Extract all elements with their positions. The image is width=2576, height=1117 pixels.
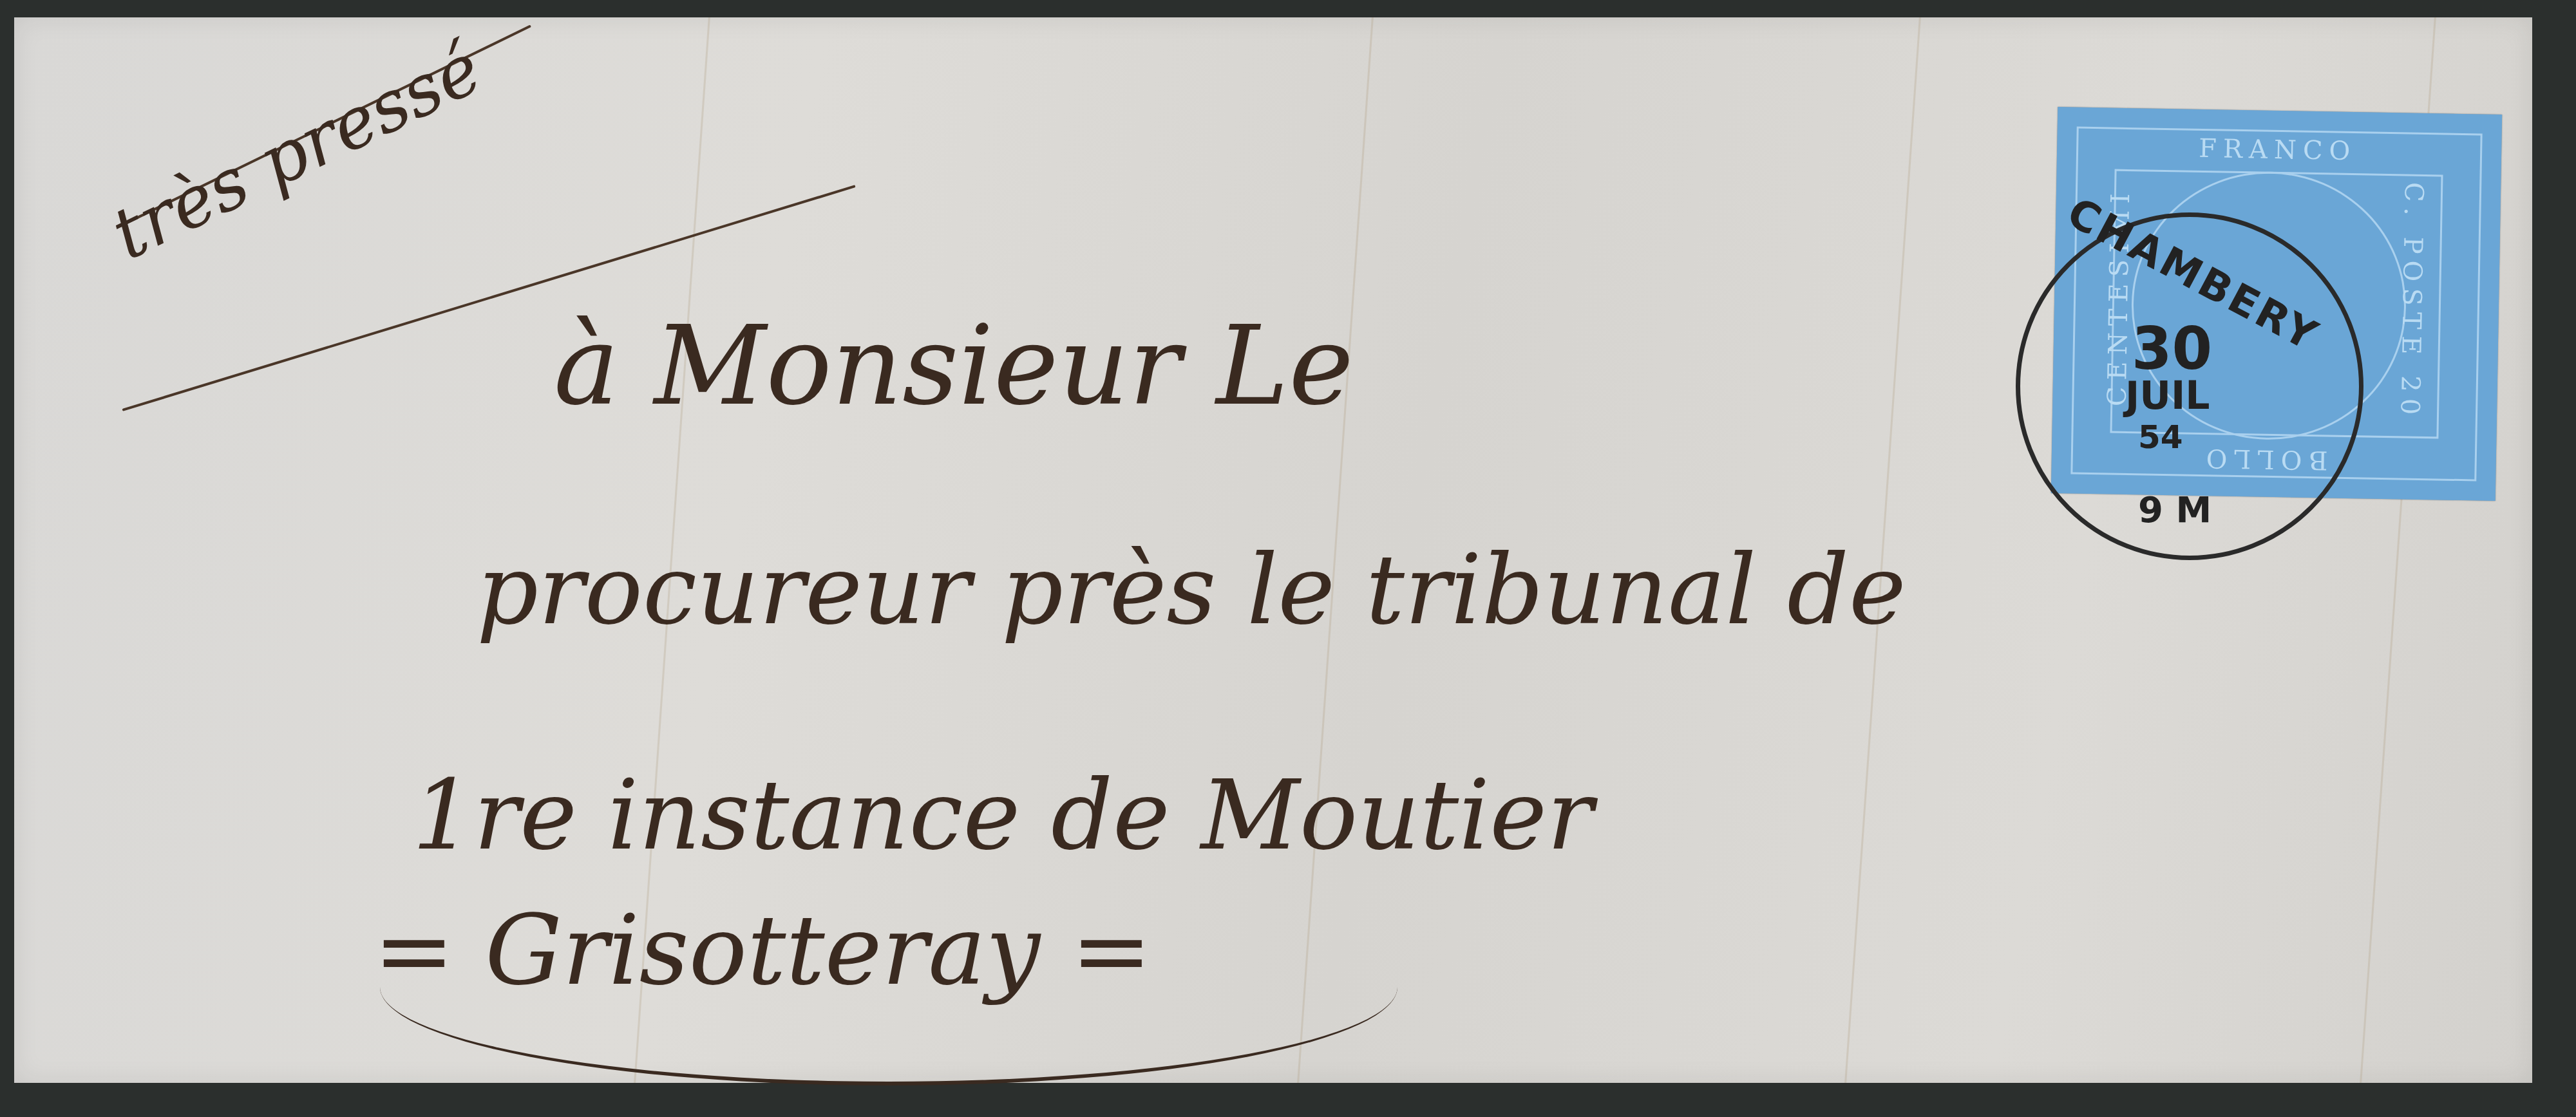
stamp-right-text: C. POSTE 20 xyxy=(2394,182,2428,422)
address-flourish-underline xyxy=(380,888,1397,1085)
address-line-2: procureur près le tribunal de xyxy=(477,534,1906,646)
address-line-1: à Monsieur Le xyxy=(554,303,1354,430)
stamp-top-text: FRANCO xyxy=(2199,134,2357,166)
postmark-hour: 9 M xyxy=(2138,489,2211,531)
postmark-year: 54 xyxy=(2138,418,2183,456)
postmark-month: JUIL xyxy=(2125,373,2210,418)
address-line-3: 1re instance de Moutier xyxy=(412,760,1593,872)
